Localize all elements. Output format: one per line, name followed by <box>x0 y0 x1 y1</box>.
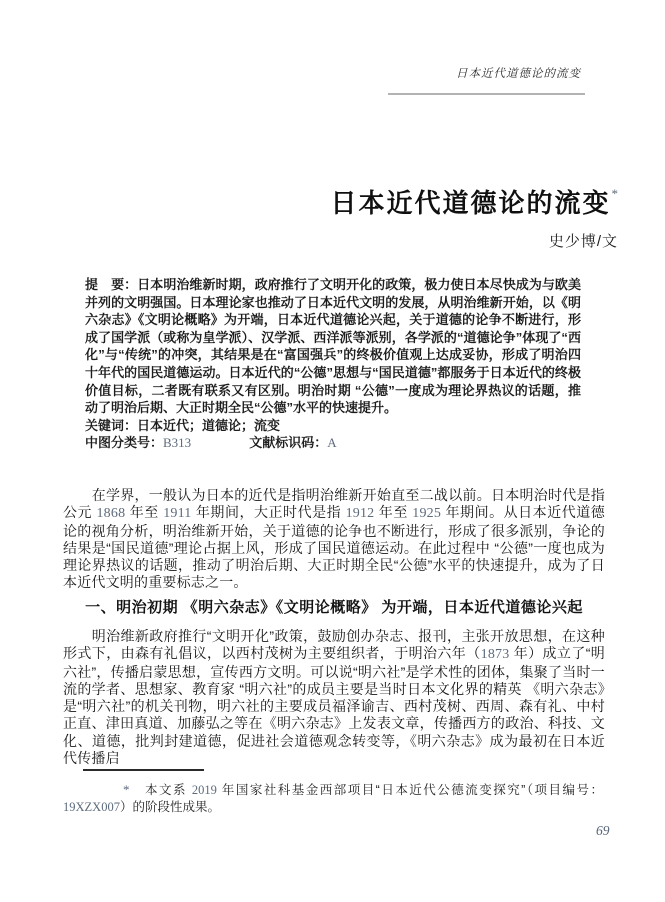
author-byline: 史少博/文 <box>330 230 620 251</box>
doc-code-value: A <box>327 435 336 450</box>
document-page: 日本近代道德论的流变 日本近代道德论的流变* 史少博/文 提 要：日本明治维新时… <box>0 0 665 902</box>
article-title: 日本近代道德论的流变* <box>330 188 620 219</box>
footnote: *本文系 2019 年国家社科基金西部项目“日本近代公德流变探究”（项目编号：1… <box>63 781 603 816</box>
keywords-line: 关键词：日本近代；道德论；流变 <box>85 417 581 435</box>
keywords-label: 关键词： <box>85 418 137 433</box>
clc-label: 中图分类号： <box>85 435 163 450</box>
abstract-label: 提 要： <box>85 277 137 292</box>
footnote-text: 本文系 2019 年国家社科基金西部项目“日本近代公德流变探究”（项目编号：19… <box>63 783 603 814</box>
body-paragraph-2: 明治维新政府推行“文明开化”政策，鼓励创办杂志、报刊，主张开放思想，在这种形式下… <box>63 628 605 767</box>
article-title-text: 日本近代道德论的流变 <box>330 188 610 218</box>
running-header-text: 日本近代道德论的流变 <box>456 68 585 80</box>
abstract-text: 日本明治维新时期，政府推行了文明开化的政策，极力使日本尽快成为与欧美并列的文明强… <box>85 277 581 415</box>
running-header: 日本近代道德论的流变 <box>388 64 585 95</box>
abstract-block: 提 要：日本明治维新时期，政府推行了文明开化的政策，极力使日本尽快成为与欧美并列… <box>85 276 581 452</box>
footnote-separator-rule <box>83 769 204 771</box>
clc-value: B313 <box>163 435 191 450</box>
title-footnote-marker: * <box>612 186 621 201</box>
section-heading-1: 一、明治初期 《明六杂志》《文明论概略》 为开端，日本近代道德论兴起 <box>63 596 605 617</box>
doc-code-label: 文献标识码： <box>249 435 327 450</box>
footnote-marker: * <box>93 781 130 798</box>
keywords-text: 日本近代；道德论；流变 <box>137 418 280 433</box>
abstract-paragraph: 提 要：日本明治维新时期，政府推行了文明开化的政策，极力使日本尽快成为与欧美并列… <box>85 276 581 417</box>
classification-line: 中图分类号：B313文献标识码：A <box>85 434 581 452</box>
title-block: 日本近代道德论的流变* 史少博/文 <box>330 188 620 251</box>
page-number: 69 <box>596 823 610 839</box>
body-paragraph-1: 在学界，一般认为日本的近代是指明治维新开始直至二战以前。日本明治时代是指公元 1… <box>63 487 605 592</box>
